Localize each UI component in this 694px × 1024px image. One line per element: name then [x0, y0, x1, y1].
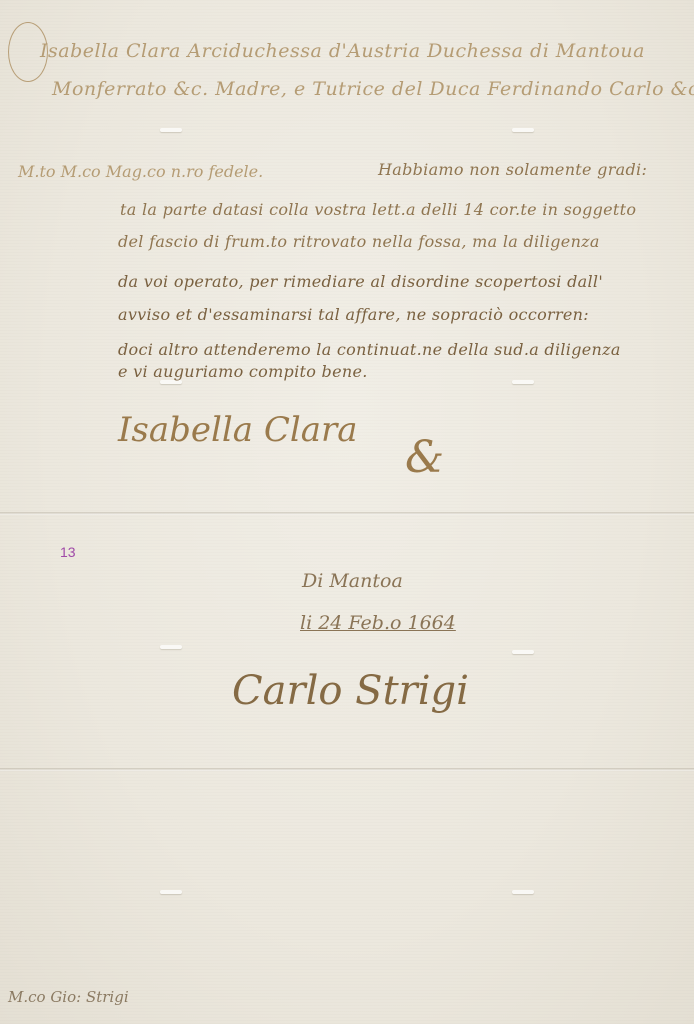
- body-line: da voi operato, per rimediare al disordi…: [118, 272, 603, 291]
- body-line: ta la parte datasi colla vostra lett.a d…: [120, 200, 636, 219]
- signature-paraph: &: [405, 432, 444, 483]
- place-line: Di Mantoa: [302, 570, 403, 592]
- address-line-2: Monferrato &c. Madre, e Tutrice del Duca…: [52, 78, 694, 100]
- body-line: del fascio di frum.to ritrovato nella fo…: [118, 232, 600, 251]
- date-line: li 24 Feb.o 1664: [300, 612, 456, 634]
- document-page: Isabella Clara Arciduchessa d'Austria Du…: [0, 0, 694, 1024]
- folio-number: 13: [60, 544, 76, 560]
- address-line-1: Isabella Clara Arciduchessa d'Austria Du…: [40, 40, 645, 62]
- docket-note: M.co Gio: Strigi: [8, 988, 129, 1006]
- signature-isabella-clara: Isabella Clara: [118, 410, 358, 450]
- paper-mark: [160, 645, 182, 649]
- body-line: Habbiamo non solamente gradi:: [378, 160, 647, 179]
- paper-mark: [160, 890, 182, 894]
- body-line: doci altro attenderemo la continuat.ne d…: [118, 340, 621, 359]
- fold-line: [0, 768, 694, 771]
- fold-line: [0, 512, 694, 515]
- paper-mark: [160, 128, 182, 132]
- paper-mark: [512, 890, 534, 894]
- countersignature: Carlo Strigi: [232, 668, 469, 714]
- body-line: e vi auguriamo compito bene.: [118, 362, 368, 381]
- body-line: avviso et d'essaminarsi tal affare, ne s…: [118, 305, 589, 324]
- paper-mark: [512, 380, 534, 384]
- paper-mark: [512, 650, 534, 654]
- salutation: M.to M.co Mag.co n.ro fedele.: [18, 162, 263, 181]
- paper-mark: [512, 128, 534, 132]
